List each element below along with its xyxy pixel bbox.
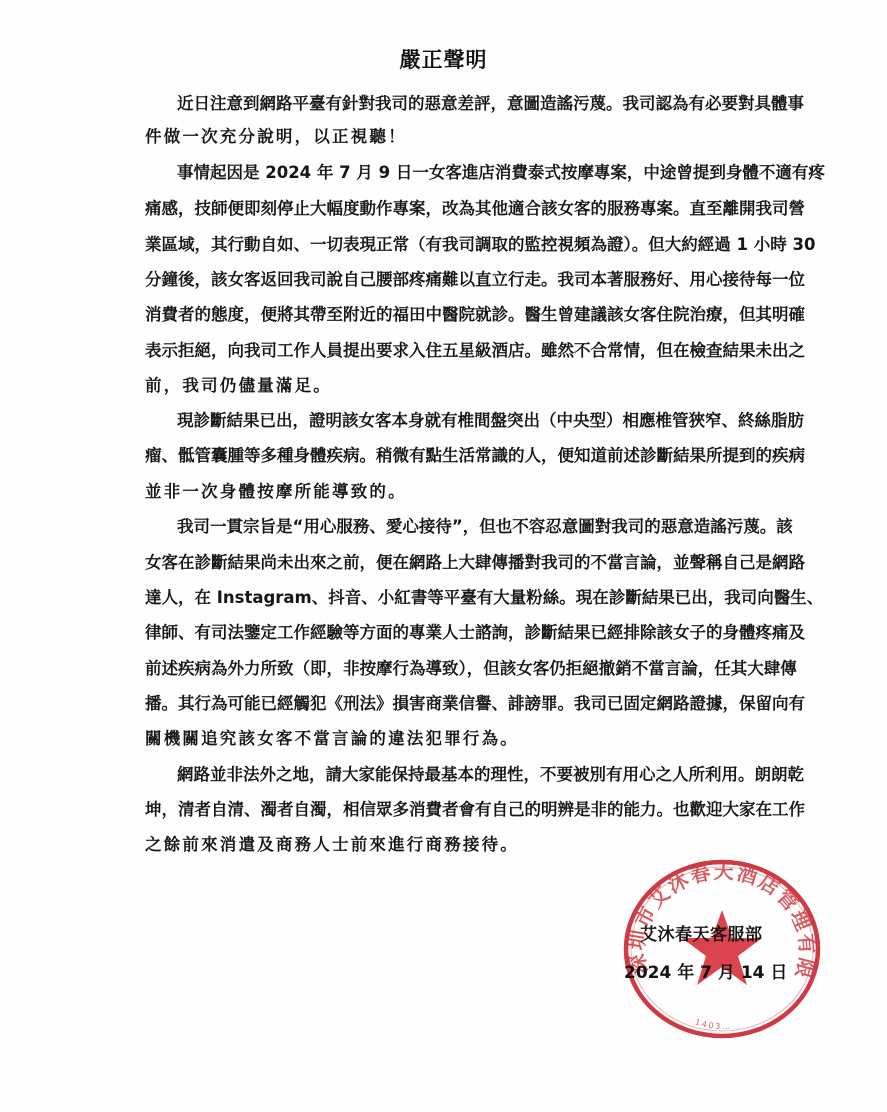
paragraph-2-line-2: 痛感，技師便即刻停止大幅度動作專案，改為其他適合該女客的服務專案。直至離開我司營 (145, 197, 768, 221)
paragraph-3-line-3: 並非一次身體按摩所能導致的。 (145, 480, 768, 504)
paragraph-1-line-1: 近日注意到網路平臺有針對我司的惡意差評，意圖造謠污蔑。我司認為有必要對具體事 (177, 92, 768, 116)
paragraph-4-line-1: 我司一貫宗旨是“用心服務、愛心接待”，但也不容忍意圖對我司的惡意造謠污蔑。該 (177, 515, 768, 539)
paragraph-4-line-6: 播。其行為可能已經觸犯《刑法》損害商業信譽、誹謗罪。我司已固定網路證據，保留向有 (145, 692, 768, 716)
stamp-serial-number: 1403… (694, 1017, 733, 1031)
company-seal-stamp: 深圳市艾沐春天酒店管理有限公司 1403… (622, 858, 822, 1040)
document-page: 嚴正聲明 近日注意到網路平臺有針對我司的惡意差評，意圖造謠污蔑。我司認為有必要對… (0, 0, 887, 1112)
paragraph-3-line-2: 瘤、骶管囊腫等多種身體疾病。稍微有點生活常識的人，便知道前述診斷結果所提到的疾病 (145, 444, 768, 468)
svg-text:1403…: 1403… (694, 1017, 733, 1031)
paragraph-4-line-4: 律師、有司法鑒定工作經驗等方面的專業人士諮詢，診斷結果已經排除該女子的身體疼痛及 (145, 621, 768, 645)
paragraph-4-line-7: 關機關追究該女客不當言論的違法犯罪行為。 (145, 727, 768, 751)
paragraph-1-line-2: 件做一次充分說明，以正視聽！ (145, 125, 768, 149)
paragraph-3-line-1: 現診斷結果已出，證明該女客本身就有椎間盤突出（中央型）相應椎管狹窄、終絲脂肪 (177, 409, 768, 433)
paragraph-4-line-3: 達人，在 Instagram、抖音、小紅書等平臺有大量粉絲。現在診斷結果已出，我… (145, 586, 768, 610)
paragraph-5-line-2: 坤，清者自清、濁者自濁，相信眾多消費者會有自己的明辨是非的能力。也歡迎大家在工作 (145, 798, 768, 822)
paragraph-2-line-5: 消費者的態度，便將其帶至附近的福田中醫院就診。醫生曾建議該女客住院治療，但其明確 (145, 303, 768, 327)
paragraph-2-line-4: 分鐘後，該女客返回我司說自己腰部疼痛難以直立行走。我司本著服務好、用心接待每一位 (145, 268, 768, 292)
paragraph-5-line-1: 網路並非法外之地，請大家能保持最基本的理性，不要被別有用心之人所利用。朗朗乾 (177, 763, 768, 787)
document-title: 嚴正聲明 (0, 44, 887, 74)
paragraph-5-line-3: 之餘前來消遣及商務人士前來進行商務接待。 (145, 833, 768, 857)
signature-department: 艾沐春天客服部 (640, 920, 763, 945)
paragraph-2-line-6: 表示拒絕，向我司工作人員提出要求入住五星級酒店。雖然不合常情，但在檢查結果未出之 (145, 339, 768, 363)
signature-date: 2024 年 7 月 14 日 (624, 958, 787, 983)
paragraph-2-line-1: 事情起因是 2024 年 7 月 9 日一女客進店消費泰式按摩專案，中途曾提到身… (177, 161, 768, 185)
paragraph-2-line-7: 前，我司仍儘量滿足。 (145, 374, 768, 398)
paragraph-4-line-5: 前述疾病為外力所致（即，非按摩行為導致），但該女客仍拒絕撤銷不當言論，任其大肆傳 (145, 657, 768, 681)
paragraph-2-line-3: 業區域，其行動自如、一切表現正常（有我司調取的監控視頻為證）。但大約經過 1 小… (145, 233, 768, 257)
paragraph-4-line-2: 女客在診斷結果尚未出來之前，便在網路上大肆傳播對我司的不當言論，並聲稱自己是網路 (145, 551, 768, 575)
